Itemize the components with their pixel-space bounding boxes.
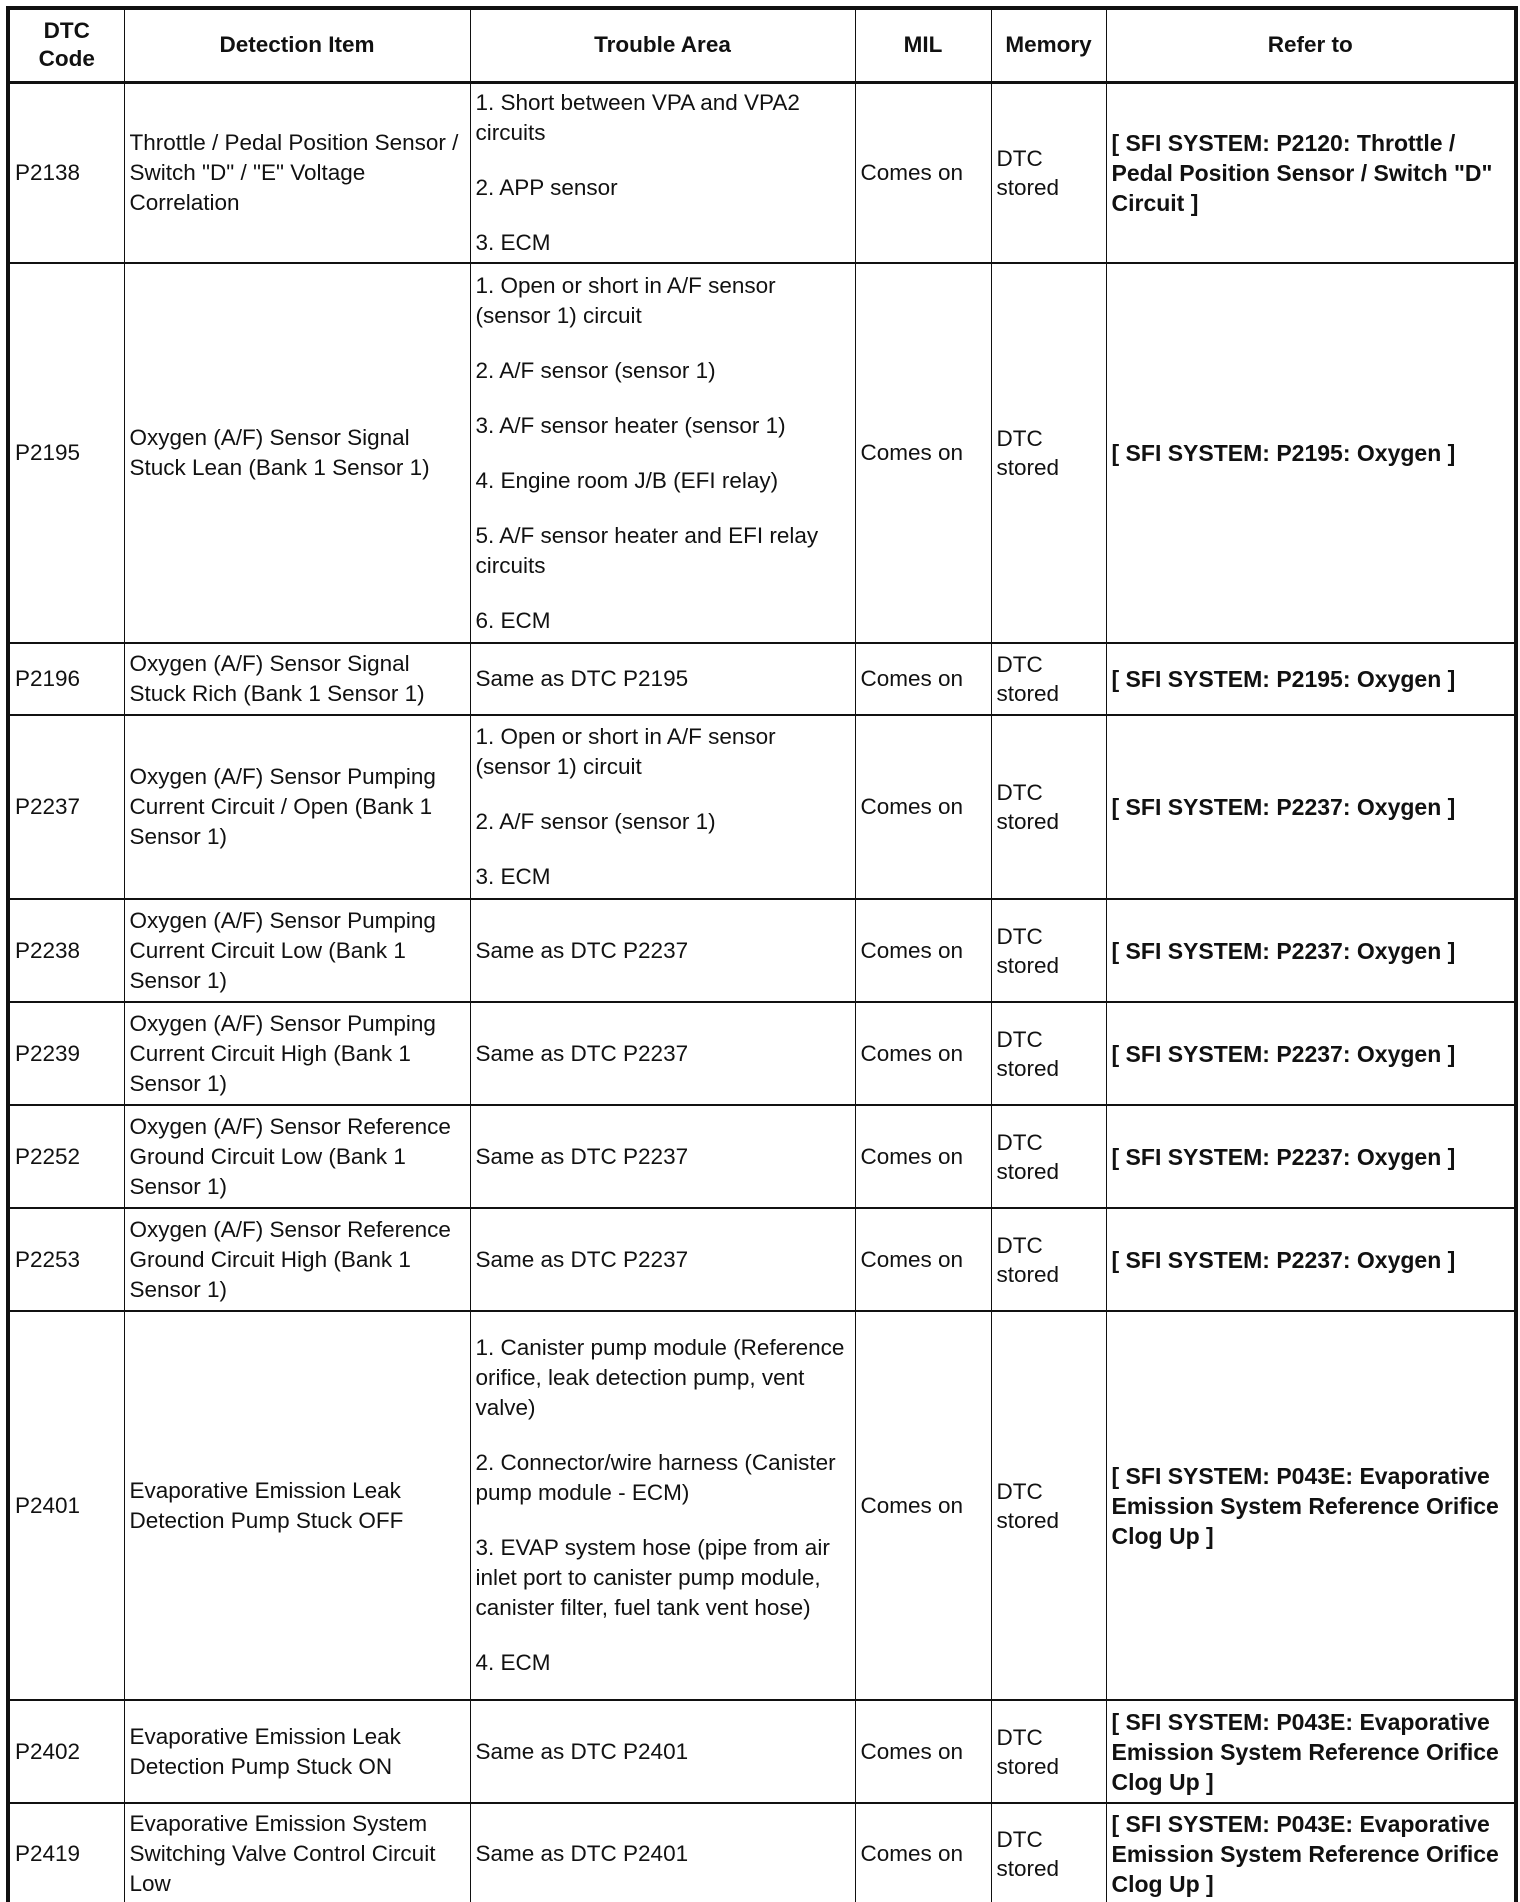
trouble-area-item: Same as DTC P2237 xyxy=(476,1142,850,1172)
table-row: P2401Evaporative Emission Leak Detection… xyxy=(8,1311,1516,1700)
trouble-area-item: 1. Canister pump module (Reference orifi… xyxy=(476,1333,850,1423)
detection-item-cell: Oxygen (A/F) Sensor Pumping Current Circ… xyxy=(124,715,470,899)
dtc-code-cell: P2238 xyxy=(8,899,124,1002)
dtc-code-cell: P2253 xyxy=(8,1208,124,1311)
detection-item-cell: Oxygen (A/F) Sensor Pumping Current Circ… xyxy=(124,1002,470,1105)
refer-to-link: [ SFI SYSTEM: P043E: Evaporative Emissio… xyxy=(1106,1803,1516,1902)
header-refer-to: Refer to xyxy=(1106,8,1516,82)
trouble-area-item: 2. A/F sensor (sensor 1) xyxy=(476,356,850,386)
mil-cell: Comes on xyxy=(855,263,991,643)
trouble-area-item: 1. Short between VPA and VPA2 circuits xyxy=(476,88,850,148)
memory-cell: DTC stored xyxy=(991,1700,1106,1803)
trouble-area-cell: Same as DTC P2195 xyxy=(470,643,855,715)
trouble-area-item: 4. ECM xyxy=(476,1648,850,1678)
detection-item-cell: Evaporative Emission Leak Detection Pump… xyxy=(124,1311,470,1700)
memory-cell: DTC stored xyxy=(991,715,1106,899)
refer-to-link: [ SFI SYSTEM: P043E: Evaporative Emissio… xyxy=(1106,1311,1516,1700)
trouble-area-item: 2. A/F sensor (sensor 1) xyxy=(476,807,850,837)
refer-to-link: [ SFI SYSTEM: P2237: Oxygen ] xyxy=(1106,1208,1516,1311)
trouble-area-cell: 1. Open or short in A/F sensor (sensor 1… xyxy=(470,263,855,643)
detection-item-cell: Oxygen (A/F) Sensor Signal Stuck Lean (B… xyxy=(124,263,470,643)
detection-item-cell: Oxygen (A/F) Sensor Reference Ground Cir… xyxy=(124,1208,470,1311)
memory-cell: DTC stored xyxy=(991,263,1106,643)
dtc-code-cell: P2196 xyxy=(8,643,124,715)
memory-cell: DTC stored xyxy=(991,643,1106,715)
dtc-code-cell: P2252 xyxy=(8,1105,124,1208)
refer-to-link: [ SFI SYSTEM: P2195: Oxygen ] xyxy=(1106,263,1516,643)
mil-cell: Comes on xyxy=(855,82,991,263)
dtc-code-cell: P2239 xyxy=(8,1002,124,1105)
mil-cell: Comes on xyxy=(855,1002,991,1105)
detection-item-cell: Oxygen (A/F) Sensor Reference Ground Cir… xyxy=(124,1105,470,1208)
detection-item-cell: Oxygen (A/F) Sensor Signal Stuck Rich (B… xyxy=(124,643,470,715)
trouble-area-item: 4. Engine room J/B (EFI relay) xyxy=(476,466,850,496)
memory-cell: DTC stored xyxy=(991,1208,1106,1311)
table-row: P2419Evaporative Emission System Switchi… xyxy=(8,1803,1516,1902)
memory-cell: DTC stored xyxy=(991,899,1106,1002)
mil-cell: Comes on xyxy=(855,1803,991,1902)
mil-cell: Comes on xyxy=(855,715,991,899)
mil-cell: Comes on xyxy=(855,899,991,1002)
refer-to-link: [ SFI SYSTEM: P2237: Oxygen ] xyxy=(1106,1105,1516,1208)
header-detection-item: Detection Item xyxy=(124,8,470,82)
trouble-area-cell: 1. Open or short in A/F sensor (sensor 1… xyxy=(470,715,855,899)
trouble-area-cell: Same as DTC P2237 xyxy=(470,1105,855,1208)
trouble-area-cell: Same as DTC P2237 xyxy=(470,1208,855,1311)
trouble-area-item: 6. ECM xyxy=(476,606,850,636)
memory-cell: DTC stored xyxy=(991,82,1106,263)
memory-cell: DTC stored xyxy=(991,1002,1106,1105)
trouble-area-item: 1. Open or short in A/F sensor (sensor 1… xyxy=(476,722,850,782)
trouble-area-item: Same as DTC P2401 xyxy=(476,1737,850,1767)
trouble-area-item: 3. EVAP system hose (pipe from air inlet… xyxy=(476,1533,850,1623)
trouble-area-item: Same as DTC P2237 xyxy=(476,1039,850,1069)
mil-cell: Comes on xyxy=(855,1208,991,1311)
dtc-code-cell: P2237 xyxy=(8,715,124,899)
detection-item-cell: Oxygen (A/F) Sensor Pumping Current Circ… xyxy=(124,899,470,1002)
dtc-code-cell: P2138 xyxy=(8,82,124,263)
mil-cell: Comes on xyxy=(855,1105,991,1208)
detection-item-cell: Throttle / Pedal Position Sensor / Switc… xyxy=(124,82,470,263)
trouble-area-item: 3. ECM xyxy=(476,228,850,258)
trouble-area-cell: Same as DTC P2237 xyxy=(470,1002,855,1105)
trouble-area-item: 2. Connector/wire harness (Canister pump… xyxy=(476,1448,850,1508)
trouble-area-item: 3. ECM xyxy=(476,862,850,892)
trouble-area-cell: 1. Short between VPA and VPA2 circuits2.… xyxy=(470,82,855,263)
dtc-table: DTC Code Detection Item Trouble Area MIL… xyxy=(6,6,1518,1902)
trouble-area-item: Same as DTC P2237 xyxy=(476,1245,850,1275)
detection-item-cell: Evaporative Emission Leak Detection Pump… xyxy=(124,1700,470,1803)
dtc-code-cell: P2195 xyxy=(8,263,124,643)
memory-cell: DTC stored xyxy=(991,1311,1106,1700)
mil-cell: Comes on xyxy=(855,643,991,715)
dtc-code-cell: P2419 xyxy=(8,1803,124,1902)
header-dtc-code: DTC Code xyxy=(8,8,124,82)
table-body: P2138Throttle / Pedal Position Sensor / … xyxy=(8,82,1516,1902)
trouble-area-item: 5. A/F sensor heater and EFI relay circu… xyxy=(476,521,850,581)
table-row: P2237Oxygen (A/F) Sensor Pumping Current… xyxy=(8,715,1516,899)
table-row: P2253Oxygen (A/F) Sensor Reference Groun… xyxy=(8,1208,1516,1311)
memory-cell: DTC stored xyxy=(991,1803,1106,1902)
memory-cell: DTC stored xyxy=(991,1105,1106,1208)
refer-to-link: [ SFI SYSTEM: P2237: Oxygen ] xyxy=(1106,899,1516,1002)
dtc-code-cell: P2402 xyxy=(8,1700,124,1803)
table-row: P2402Evaporative Emission Leak Detection… xyxy=(8,1700,1516,1803)
header-mil: MIL xyxy=(855,8,991,82)
refer-to-link: [ SFI SYSTEM: P2237: Oxygen ] xyxy=(1106,1002,1516,1105)
trouble-area-item: Same as DTC P2237 xyxy=(476,936,850,966)
table-row: P2195Oxygen (A/F) Sensor Signal Stuck Le… xyxy=(8,263,1516,643)
trouble-area-cell: Same as DTC P2401 xyxy=(470,1700,855,1803)
table-row: P2238Oxygen (A/F) Sensor Pumping Current… xyxy=(8,899,1516,1002)
table-row: P2138Throttle / Pedal Position Sensor / … xyxy=(8,82,1516,263)
refer-to-link: [ SFI SYSTEM: P043E: Evaporative Emissio… xyxy=(1106,1700,1516,1803)
trouble-area-cell: Same as DTC P2401 xyxy=(470,1803,855,1902)
trouble-area-cell: 1. Canister pump module (Reference orifi… xyxy=(470,1311,855,1700)
header-trouble-area: Trouble Area xyxy=(470,8,855,82)
table-header-row: DTC Code Detection Item Trouble Area MIL… xyxy=(8,8,1516,82)
refer-to-link: [ SFI SYSTEM: P2195: Oxygen ] xyxy=(1106,643,1516,715)
table-row: P2239Oxygen (A/F) Sensor Pumping Current… xyxy=(8,1002,1516,1105)
mil-cell: Comes on xyxy=(855,1700,991,1803)
table-row: P2196Oxygen (A/F) Sensor Signal Stuck Ri… xyxy=(8,643,1516,715)
trouble-area-item: Same as DTC P2195 xyxy=(476,664,850,694)
trouble-area-item: Same as DTC P2401 xyxy=(476,1839,850,1869)
mil-cell: Comes on xyxy=(855,1311,991,1700)
trouble-area-cell: Same as DTC P2237 xyxy=(470,899,855,1002)
header-memory: Memory xyxy=(991,8,1106,82)
refer-to-link: [ SFI SYSTEM: P2120: Throttle / Pedal Po… xyxy=(1106,82,1516,263)
trouble-area-item: 3. A/F sensor heater (sensor 1) xyxy=(476,411,850,441)
detection-item-cell: Evaporative Emission System Switching Va… xyxy=(124,1803,470,1902)
trouble-area-item: 1. Open or short in A/F sensor (sensor 1… xyxy=(476,271,850,331)
trouble-area-item: 2. APP sensor xyxy=(476,173,850,203)
dtc-code-cell: P2401 xyxy=(8,1311,124,1700)
table-row: P2252Oxygen (A/F) Sensor Reference Groun… xyxy=(8,1105,1516,1208)
refer-to-link: [ SFI SYSTEM: P2237: Oxygen ] xyxy=(1106,715,1516,899)
